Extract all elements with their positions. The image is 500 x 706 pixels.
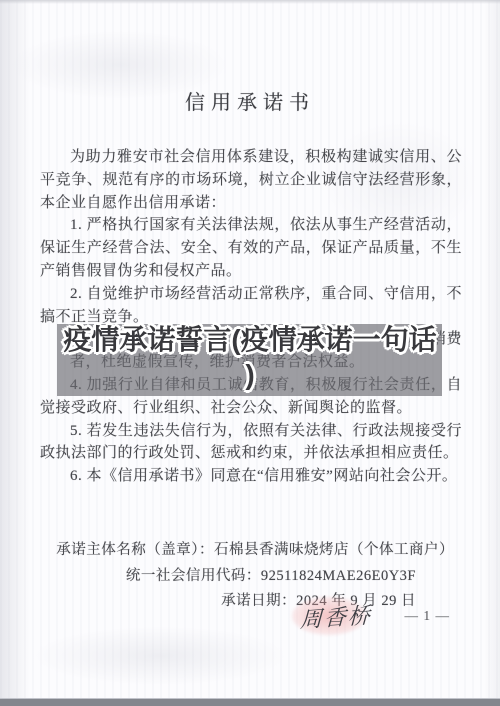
caption-overlay-title: 疫情承诺誓言(疫情承诺一句话 ) [0,322,500,392]
scanned-page: 信用承诺书 为助力雅安市社会信用体系建设，积极构建诚实信用、公平竞争、规范有序的… [0,0,500,706]
caption-line-2: ) [245,359,254,390]
page-number: — 1 — [405,608,451,624]
handwritten-signature: 周香桥 [300,598,373,634]
intro-paragraph: 为助力雅安市社会信用体系建设，积极构建诚实信用、公平竞争、规范有序的市场环境，树… [40,146,462,214]
commitment-item-6: 6. 本《信用承诺书》同意在“信用雅安”网站向社会公开。 [40,465,462,488]
credit-code-line: 统一社会信用代码：92511824MAE26E0Y3F [126,564,416,585]
caption-line-1: 疫情承诺誓言(疫情承诺一句话 [63,324,436,355]
commitment-item-5: 5. 若发生违法失信行为，依照有关法律、行政法规接受行政执法部门的行政处罚、惩戒… [40,420,462,466]
subject-name-line: 承诺主体名称（盖章）：石棉县香满味烧烤店（个体工商户） [56,538,454,559]
commitment-item-1: 1. 严格执行国家有关法律法规，依法从事生产经营活动，保证生产经营合法、安全、有… [40,214,462,282]
document-body: 为助力雅安市社会信用体系建设，积极构建诚实信用、公平竞争、规范有序的市场环境，树… [40,146,462,488]
scan-smudge [30,626,290,686]
page-title: 信用承诺书 [0,86,500,115]
scan-bottom-edge [0,699,500,706]
scan-top-edge [0,0,500,4]
